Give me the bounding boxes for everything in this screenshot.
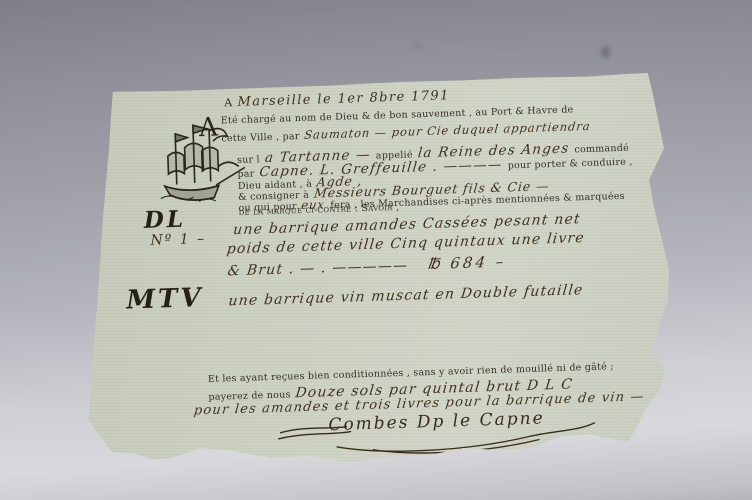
opening-line-2-printed: cette Ville , par — [221, 131, 300, 145]
dateline-handwritten: Marseille le 1er 8bre 1791 — [237, 88, 450, 110]
dateline: A Marseille le 1er 8bre 1791 — [224, 84, 450, 110]
document-content: A Marseille le 1er 8bre 1791 A Eté charg… — [35, 44, 698, 479]
background-smudge — [416, 44, 422, 50]
printed-porter-conduire: pour porter & conduire , — [508, 157, 633, 172]
background-smudge — [601, 46, 610, 58]
cargo-mark-mtv: MTV — [126, 283, 204, 315]
cargo1-weight: ℔ 684 – — [426, 253, 507, 274]
bill-of-lading-paper: A Marseille le 1er 8bre 1791 A Eté charg… — [40, 55, 690, 470]
photo-backdrop: A Marseille le 1er 8bre 1791 A Eté charg… — [0, 0, 752, 500]
cargo-number: Nº 1 – — [150, 231, 206, 249]
dropcap-initial: A — [199, 116, 219, 141]
cargo2-line1: une barrique vin muscat en Double futail… — [228, 282, 585, 309]
dateline-prefix: A — [224, 97, 233, 109]
cargo-mark-dl: DL — [143, 206, 186, 234]
cargo1-brut-handwritten: & Brut . — . ————— — [227, 258, 409, 280]
